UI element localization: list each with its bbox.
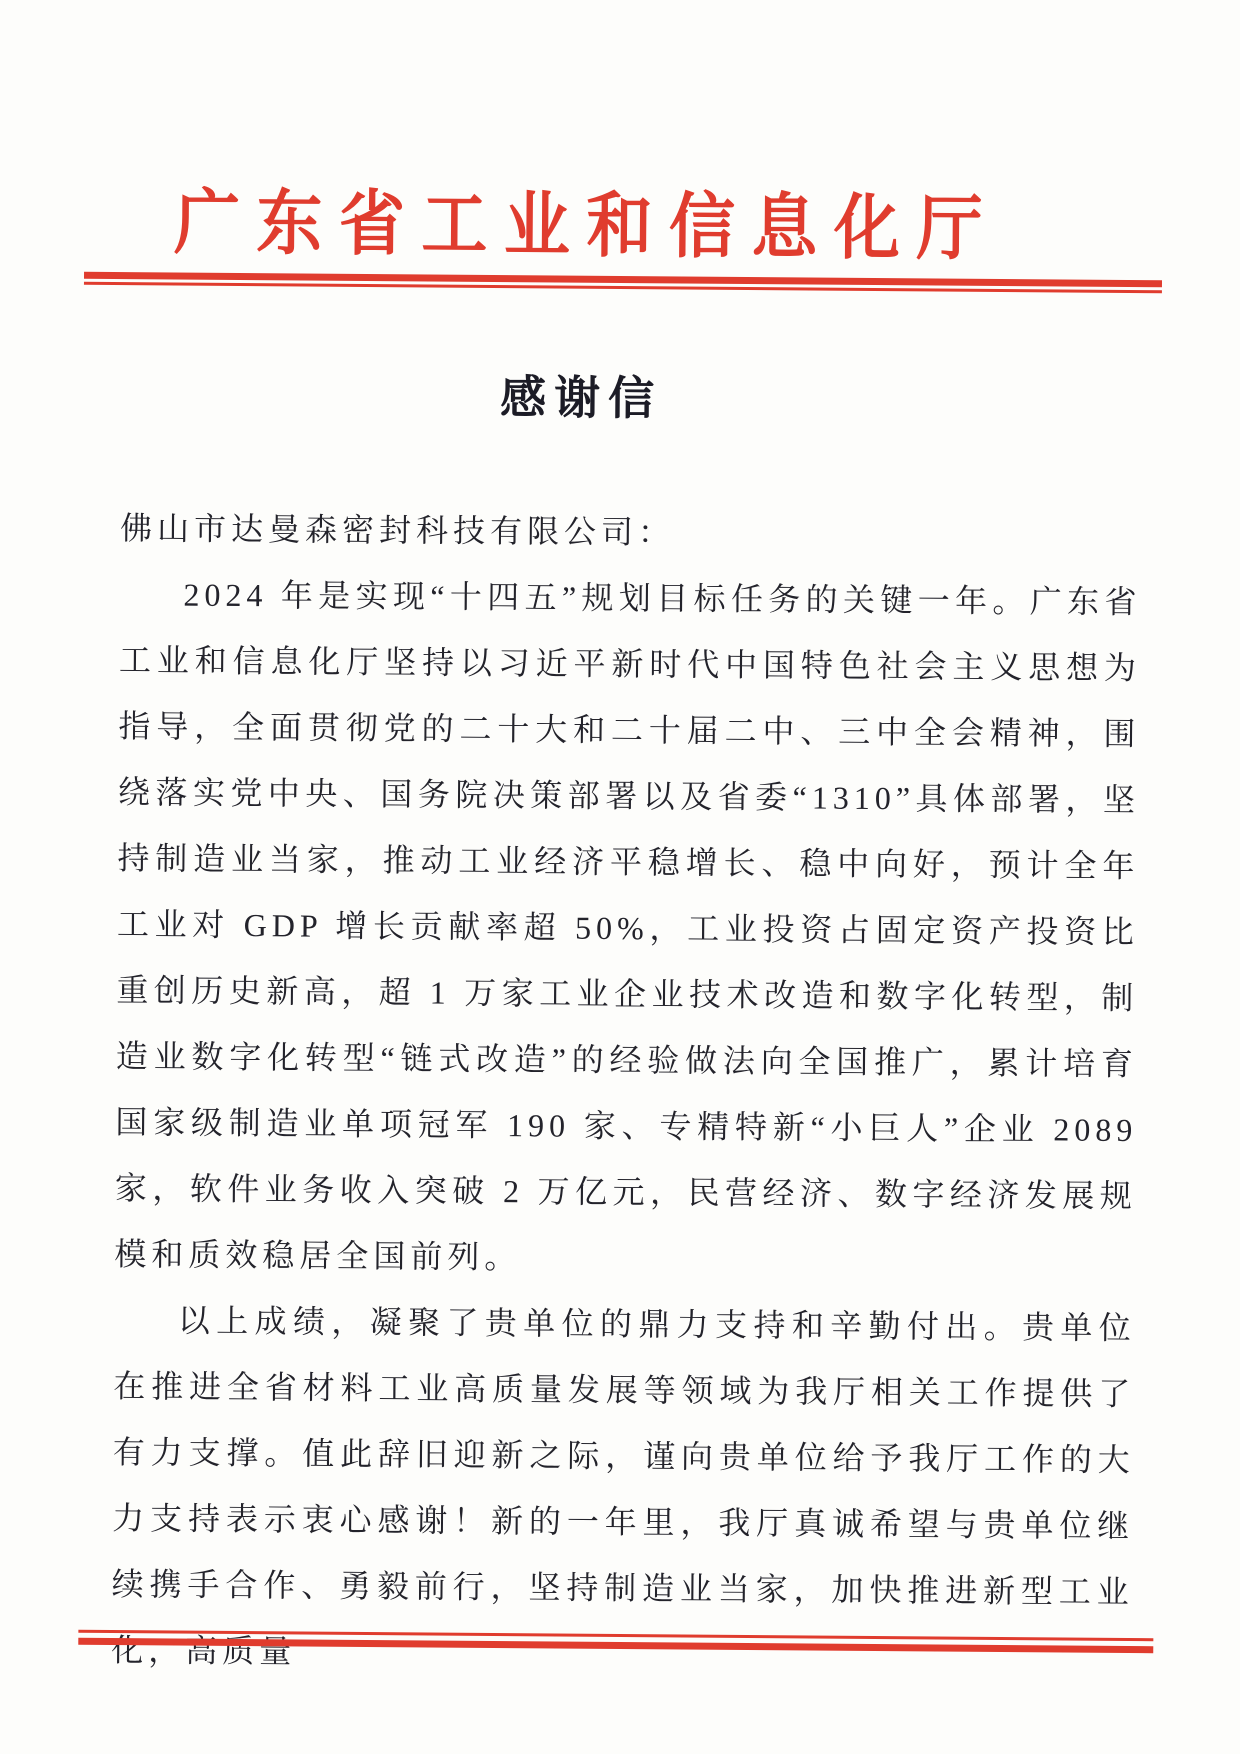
scanned-letter-page: 广东省工业和信息化厅 感谢信 佛山市达曼森密封科技有限公司： 2024 年是实现… (0, 0, 1240, 1754)
letterhead-organization-title: 广东省工业和信息化厅 (0, 163, 1207, 275)
document-title: 感谢信 (0, 357, 1201, 433)
letter-body: 佛山市达曼森密封科技有限公司： 2024 年是实现“十四五”规划目标任务的关键一… (111, 495, 1142, 1691)
letter-paragraph: 2024 年是实现“十四五”规划目标任务的关键一年。广东省工业和信息化厅坚持以习… (114, 561, 1142, 1295)
letterhead-divider (84, 272, 1162, 293)
letter-sheet: 广东省工业和信息化厅 感谢信 佛山市达曼森密封科技有限公司： 2024 年是实现… (0, 0, 1240, 1754)
recipient-salutation: 佛山市达曼森密封科技有限公司： (120, 495, 1142, 569)
